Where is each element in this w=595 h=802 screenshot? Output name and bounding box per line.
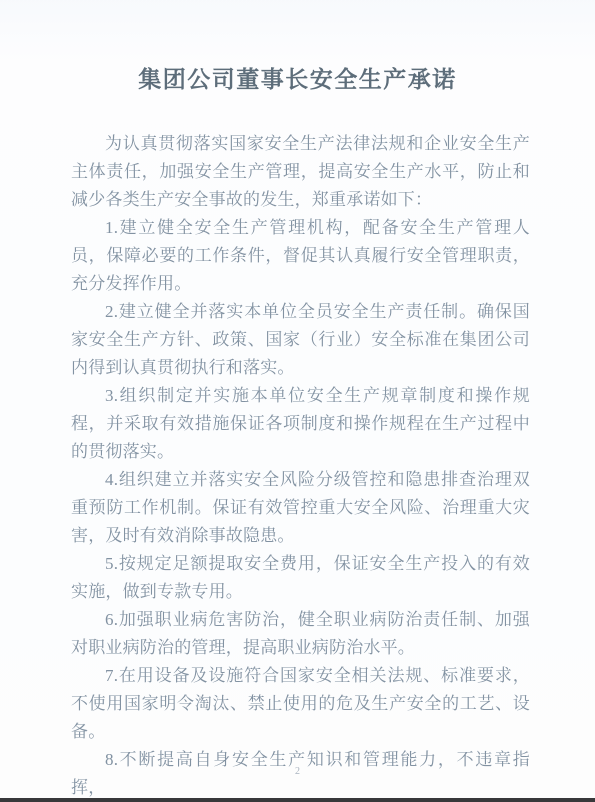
scan-edge-bar: [0, 798, 595, 802]
commitment-paragraph-3: 3.组织制定并实施本单位安全生产规章制度和操作规程，并采取有效措施保证各项制度和…: [71, 382, 530, 466]
commitment-paragraph-6: 6.加强职业病危害防治，健全职业病防治责任制、加强对职业病防治的管理，提高职业病…: [71, 606, 530, 662]
commitment-paragraph-1: 1.建立健全安全生产管理机构，配备安全生产管理人员，保障必要的工作条件，督促其认…: [71, 214, 530, 298]
document-title: 集团公司董事长安全生产承诺: [0, 0, 595, 96]
page-number: 2: [0, 766, 595, 777]
commitment-paragraph-7: 7.在用设备及设施符合国家安全相关法规、标准要求，不使用国家明令淘汰、禁止使用的…: [71, 662, 530, 746]
commitment-paragraph-2: 2.建立健全并落实本单位全员安全生产责任制。确保国家安全生产方针、政策、国家（行…: [71, 298, 530, 382]
commitment-paragraph-5: 5.按规定足额提取安全费用，保证安全生产投入的有效实施，做到专款专用。: [71, 550, 530, 606]
scanned-document-page: 集团公司董事长安全生产承诺 为认真贯彻落实国家安全生产法律法规和企业安全生产主体…: [0, 0, 595, 802]
commitment-paragraph-4: 4.组织建立并落实安全风险分级管控和隐患排查治理双重预防工作机制。保证有效管控重…: [71, 466, 530, 550]
intro-paragraph: 为认真贯彻落实国家安全生产法律法规和企业安全生产主体责任，加强安全生产管理，提高…: [71, 130, 530, 214]
document-body: 为认真贯彻落实国家安全生产法律法规和企业安全生产主体责任，加强安全生产管理，提高…: [71, 130, 530, 802]
